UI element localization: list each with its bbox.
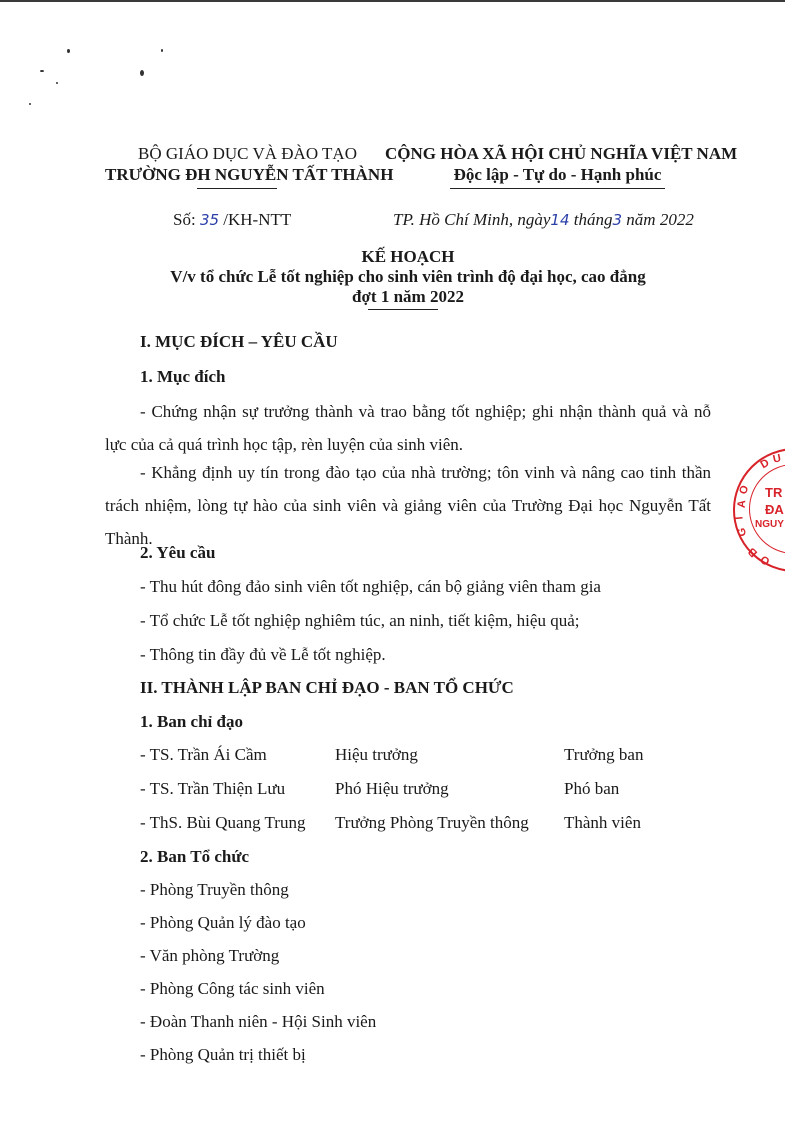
organizing-unit: - Phòng Quản lý đào tạo	[140, 913, 306, 933]
seal-ring-letter: B	[746, 545, 760, 559]
member-position: Trưởng Phòng Truyền thông	[335, 813, 529, 833]
scan-speck	[67, 49, 70, 53]
member-name: - ThS. Bùi Quang Trung	[140, 813, 305, 833]
member-role: Trưởng ban	[564, 745, 643, 765]
scan-speck	[161, 49, 163, 52]
subsection-steering-heading: 1. Ban chỉ đạo	[140, 712, 243, 732]
seal-ring-letter: A	[736, 500, 749, 509]
purpose-paragraph-2: - Khẳng định uy tín trong đào tạo của nh…	[105, 456, 711, 555]
document-title: KẾ HOẠCH	[105, 247, 711, 267]
handwritten-month: 3	[613, 211, 623, 229]
member-position: Hiệu trưởng	[335, 745, 418, 765]
member-role: Phó ban	[564, 779, 619, 799]
ministry-name: BỘ GIÁO DỤC VÀ ĐÀO TẠO	[105, 144, 390, 164]
organizing-unit: - Phòng Quản trị thiết bị	[140, 1045, 306, 1065]
seal-ring-letter: U	[772, 452, 782, 465]
subsection-organizing-heading: 2. Ban Tổ chức	[140, 847, 249, 867]
organizing-unit: - Đoàn Thanh niên - Hội Sinh viên	[140, 1012, 376, 1032]
section-1-heading: I. MỤC ĐÍCH – YÊU CẦU	[140, 332, 338, 352]
so-label: Số:	[173, 210, 196, 229]
seal-center-text: TR	[765, 485, 782, 500]
organizing-unit: - Phòng Công tác sinh viên	[140, 979, 325, 999]
seal-ring-letter: I	[733, 516, 745, 520]
left-header-underline	[197, 188, 277, 189]
member-position: Phó Hiệu trưởng	[335, 779, 449, 799]
university-name: TRƯỜNG ĐH NGUYỄN TẤT THÀNH	[105, 165, 390, 185]
country-name: CỘNG HÒA XÃ HỘI CHỦ NGHĨA VIỆT NAM	[385, 144, 730, 164]
seal-center-text: ĐA	[765, 502, 784, 517]
title-underline	[368, 309, 438, 310]
place-date: TP. Hồ Chí Minh, ngày14 tháng3 năm 2022	[393, 210, 694, 230]
scan-speck	[29, 103, 31, 105]
seal-center-text: NGUY	[755, 519, 784, 530]
organizing-unit: - Văn phòng Trường	[140, 946, 279, 966]
requirement-item: - Tổ chức Lễ tốt nghiệp nghiêm túc, an n…	[140, 611, 579, 631]
requirement-item: - Thu hút đông đảo sinh viên tốt nghiệp,…	[140, 577, 601, 597]
subsection-requirements-heading: 2. Yêu cầu	[140, 543, 215, 563]
seal-ring-letter: G	[736, 527, 749, 538]
national-motto: Độc lập - Tự do - Hạnh phúc	[385, 165, 730, 185]
section-2-heading: II. THÀNH LẬP BAN CHỈ ĐẠO - BAN TỔ CHỨC	[140, 678, 514, 698]
organizing-unit: - Phòng Truyền thông	[140, 880, 289, 900]
place-date-prefix: TP. Hồ Chí Minh, ngày	[393, 210, 550, 229]
purpose-paragraph-1: - Chứng nhận sự trưởng thành và trao bằn…	[105, 395, 711, 461]
member-name: - TS. Trần Ái Cầm	[140, 745, 267, 765]
member-name: - TS. Trần Thiện Lưu	[140, 779, 285, 799]
scan-speck	[140, 70, 144, 76]
official-seal-stamp: D U C G I A O B O TR ĐA NGUY	[733, 448, 785, 572]
handwritten-number: 35	[200, 211, 219, 229]
document-subtitle-line2: đợt 1 năm 2022	[105, 287, 711, 307]
right-header-underline	[450, 188, 665, 189]
member-role: Thành viên	[564, 813, 641, 833]
subsection-purpose-heading: 1. Mục đích	[140, 367, 225, 387]
so-suffix: /KH-NTT	[223, 210, 291, 229]
seal-ring-letter: O	[759, 553, 772, 568]
scan-speck	[56, 82, 58, 84]
seal-ring-letter: O	[737, 484, 751, 496]
year-text: năm 2022	[626, 210, 694, 229]
seal-ring-letter: D	[759, 457, 772, 471]
handwritten-day: 14	[550, 211, 569, 229]
scan-speck	[40, 70, 44, 72]
document-number: Số: 35 /KH-NTT	[173, 210, 291, 230]
scan-top-edge	[0, 0, 785, 2]
document-subtitle-line1: V/v tổ chức Lễ tốt nghiệp cho sinh viên …	[105, 267, 711, 287]
month-label: tháng	[574, 210, 613, 229]
requirement-item: - Thông tin đầy đủ về Lễ tốt nghiệp.	[140, 645, 386, 665]
